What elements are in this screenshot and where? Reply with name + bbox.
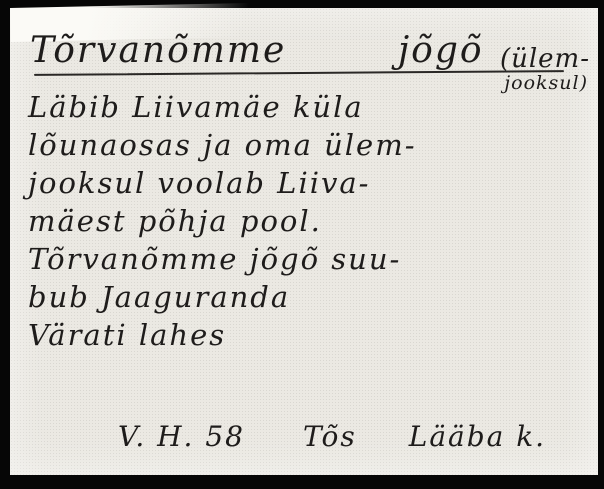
body-line: jooksul voolab Liiva- bbox=[28, 164, 417, 202]
body-line: lõunaosas ja oma ülem- bbox=[28, 126, 417, 164]
collector-initials-and-year: V. H. 58 bbox=[118, 420, 245, 453]
village-name: Lääba k. bbox=[409, 420, 546, 453]
body-line: Läbib Liivamäe küla bbox=[28, 88, 417, 126]
card-title-row: Tõrvanõmme jõgõ (ülem- jooksul) bbox=[30, 24, 590, 76]
body-line: Värati lahes bbox=[28, 316, 417, 354]
card-footer: V. H. 58 Tõs Lääba k. bbox=[118, 420, 546, 453]
body-line: Tõrvanõmme jõgõ suu- bbox=[28, 240, 417, 278]
title-headword: Tõrvanõmme bbox=[30, 30, 286, 71]
title-annotation-line2: jooksul) bbox=[500, 74, 590, 93]
index-card: Tõrvanõmme jõgõ (ülem- jooksul) Läbib Li… bbox=[10, 8, 598, 475]
body-line: bub Jaaguranda bbox=[28, 278, 417, 316]
body-line: mäest põhja pool. bbox=[28, 202, 417, 240]
parish-abbreviation: Tõs bbox=[303, 420, 357, 453]
title-term: jõgõ bbox=[398, 30, 484, 71]
card-body: Läbib Liivamäe küla lõunaosas ja oma üle… bbox=[28, 88, 417, 354]
scan-border: Tõrvanõmme jõgõ (ülem- jooksul) Läbib Li… bbox=[0, 0, 604, 489]
title-annotation-line1: (ülem- bbox=[500, 46, 590, 72]
